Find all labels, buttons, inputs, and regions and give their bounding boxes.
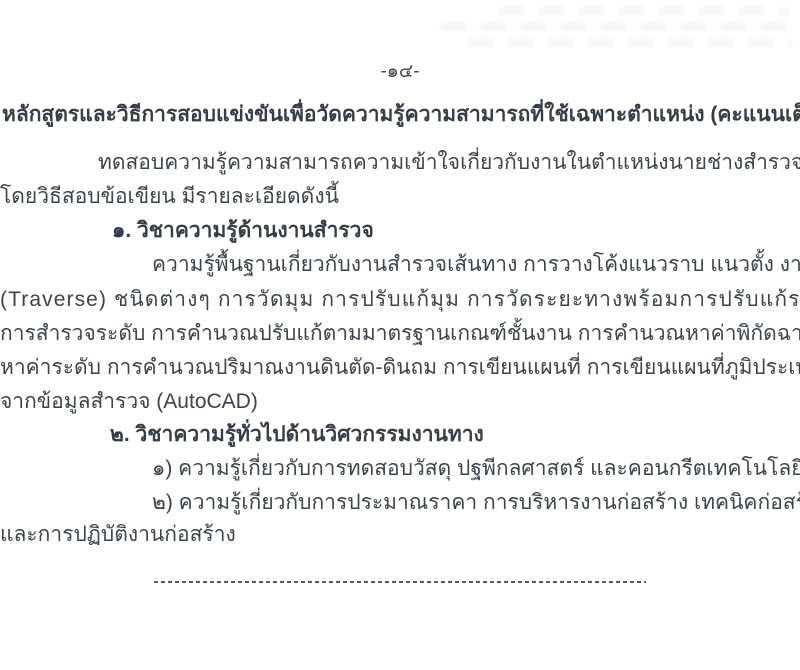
bleed-mark — [468, 38, 792, 47]
section-1-body-line-3: การสำรวจระดับ การคำนวณปรับแก้ตามมาตรฐานเ… — [0, 319, 800, 349]
bleed-mark — [498, 6, 790, 15]
bleed-mark — [440, 22, 792, 31]
section-1-body-line-2: (Traverse) ชนิดต่างๆ การวัดมุม การปรับแก… — [0, 285, 800, 315]
page-number: -๑๔- — [0, 56, 800, 86]
intro-line-1: ทดสอบความรู้ความสามารถความเข้าใจเกี่ยวกั… — [98, 148, 800, 178]
section-2-item-1: ๑) ความรู้เกี่ยวกับการทดสอบวัสดุ ปฐพีกลศ… — [152, 454, 800, 484]
section-2-item-2: ๒) ความรู้เกี่ยวกับการประมาณราคา การบริห… — [152, 488, 800, 518]
scanned-document-page: -๑๔- หลักสูตรและวิธีการสอบแข่งขันเพื่อวั… — [0, 0, 800, 670]
section-1-body-line-5: จากข้อมูลสำรวจ (AutoCAD) — [0, 387, 258, 417]
document-title: หลักสูตรและวิธีการสอบแข่งขันเพื่อวัดความ… — [2, 100, 800, 130]
intro-line-2: โดยวิธีสอบข้อเขียน มีรายละเอียดดังนี้ — [0, 182, 339, 212]
dashed-divider — [154, 581, 646, 583]
section-2-heading: ๒. วิชาความรู้ทั่วไปด้านวิศวกรรมงานทาง — [110, 420, 484, 450]
section-1-body-line-1: ความรู้พื้นฐานเกี่ยวกับงานสำรวจเส้นทาง ก… — [152, 250, 800, 280]
section-1-heading: ๑. วิชาความรู้ด้านงานสำรวจ — [112, 216, 374, 246]
section-2-item-2-continuation: และการปฏิบัติงานก่อสร้าง — [0, 520, 236, 550]
section-1-body-line-4: หาค่าระดับ การคำนวณปริมาณงานดินตัด-ดินถม… — [0, 353, 800, 383]
